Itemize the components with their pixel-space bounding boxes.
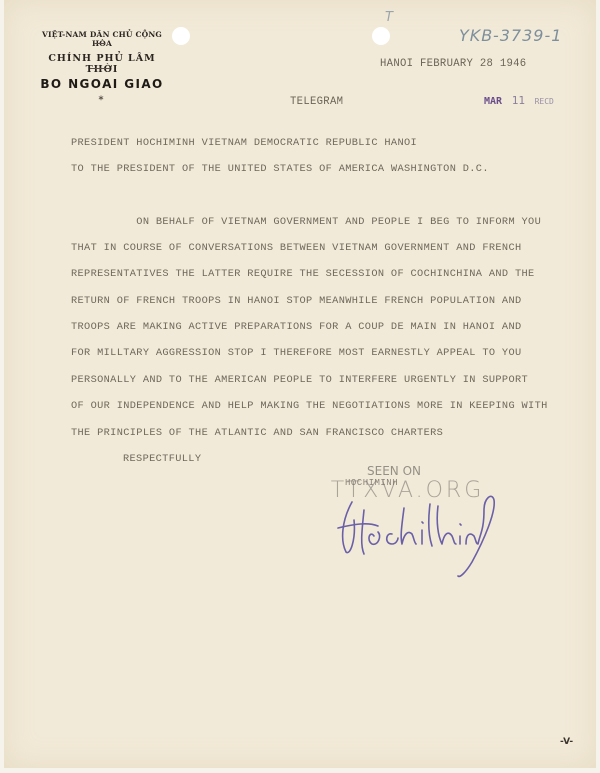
letterhead-country: VIỆT-NAM DÂN CHỦ CỘNG HÒA: [37, 30, 167, 48]
stamp-label: RECD: [535, 97, 554, 106]
body-line: OF OUR INDEPENDENCE AND HELP MAKING THE …: [71, 400, 548, 412]
body-line: ON BEHALF OF VIETNAM GOVERNMENT AND PEOP…: [71, 216, 541, 228]
body-line: FOR MILLTARY AGGRESSION STOP I THEREFORE…: [71, 347, 522, 359]
letterhead-divider: [95, 43, 105, 44]
telegram-document: VIỆT-NAM DÂN CHỦ CỘNG HÒA CHÍNH PHỦ LÂM …: [4, 0, 596, 768]
letterhead-divider: [90, 68, 110, 69]
handwritten-signature-icon: [334, 490, 504, 580]
body-line: THAT IN COURSE OF CONVERSATIONS BETWEEN …: [71, 242, 522, 254]
body-line: PERSONALLY AND TO THE AMERICAN PEOPLE TO…: [71, 374, 528, 386]
body-line: THE PRINCIPLES OF THE ATLANTIC AND SAN F…: [71, 427, 443, 439]
sender-address: PRESIDENT HOCHIMINH VIETNAM DEMOCRATIC R…: [71, 137, 417, 149]
pencil-mark: T: [385, 10, 394, 25]
punch-hole-right: [372, 27, 390, 45]
page-number: -V-: [560, 737, 573, 747]
stamp-month: MAR: [484, 96, 502, 107]
document-type-heading: TELEGRAM: [290, 96, 343, 108]
letterhead-government: CHÍNH PHỦ LÂM THỜI: [32, 53, 172, 75]
recipient-address: TO THE PRESIDENT OF THE UNITED STATES OF…: [71, 163, 489, 175]
letterhead-star-ornament: *: [94, 95, 108, 106]
stamp-day: 11: [512, 94, 525, 107]
body-line: REPRESENTATIVES THE LATTER REQUIRE THE S…: [71, 268, 535, 280]
punch-hole-left: [172, 27, 190, 45]
body-line: TROOPS ARE MAKING ACTIVE PREPARATIONS FO…: [71, 321, 522, 333]
closing: RESPECTFULLY: [123, 453, 201, 465]
place-date: HANOI FEBRUARY 28 1946: [380, 58, 526, 70]
watermark-seen-on: SEEN ON: [364, 464, 424, 478]
body-line: RETURN OF FRENCH TROOPS IN HANOI STOP ME…: [71, 295, 522, 307]
received-stamp: MAR 11 RECD: [484, 89, 554, 108]
letterhead-ministry: BO NGOAI GIAO: [32, 77, 172, 91]
file-number-annotation: YKB-3739-1: [459, 26, 562, 45]
